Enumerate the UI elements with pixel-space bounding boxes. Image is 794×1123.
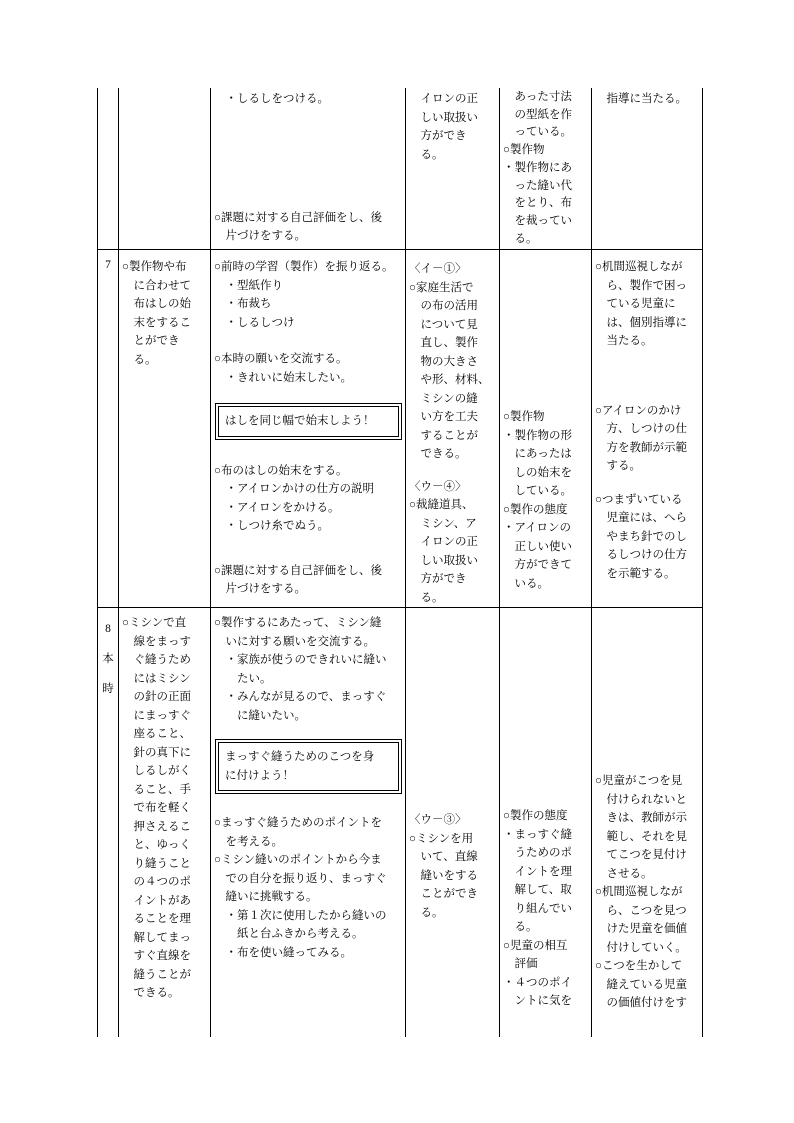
period-cell: 8 本 時 xyxy=(97,608,119,1037)
activity-block: ○課題に対する自己評価をし、後 片づけをする。 xyxy=(214,209,403,246)
activity-block: ○課題に対する自己評価をし、後 片づけをする。 xyxy=(214,562,403,599)
evaluation-method-block: ○製作の態度 ・まっすぐ縫 うためのポ イントを理 解して、取 り組んでい る。… xyxy=(503,807,589,1011)
evaluation-criteria-cell: 〈イ－①〉 ○家庭生活で の布の活用 について見 直し、製作 物の大きさ や形、… xyxy=(406,250,500,608)
period-cell xyxy=(97,88,119,250)
activity-block: ○本時の願いを交流する。 ・きれいに始末したい。 xyxy=(214,350,403,387)
activities-cell: ○前時の学習（製作）を振り返る。 ・型紙作り ・布裁ち ・しるしつけ ○本時の願… xyxy=(211,250,406,608)
support-block: ○机間巡視しなが ら、製作で困っ ている児童に は、個別指導に 当たる。 xyxy=(595,258,700,351)
lesson-target-text: まっすぐ縫うためのこつを身 に付けよう！ xyxy=(218,742,399,791)
evaluation-block: 〈ウ－③〉 ○ミシンを用 いて、直線 縫いをする ことができ る。 xyxy=(409,811,497,922)
teacher-support-cell: 指導に当たる。 xyxy=(592,88,703,250)
activities-cell: ○製作するにあたって、ミシン縫 いに対する願いを交流する。 ・家族が使うのできれ… xyxy=(211,608,406,1037)
support-block: ○児童がこつを見 付けられないと きは、教師が示 範し、それを見 てこつを見付け… xyxy=(595,772,700,1013)
evaluation-method-block: あった寸法 の型紙を作 っている。 ○製作物 ・製作物にあ った縫い代 をとり、… xyxy=(503,89,589,248)
lesson-target-text: はしを同じ幅で始末しよう！ xyxy=(218,406,399,437)
support-block: ○アイロンのかけ 方、しつけの仕 方を教師が示範 する。 xyxy=(595,402,700,476)
evaluation-block: 〈イ－①〉 ○家庭生活で の布の活用 について見 直し、製作 物の大きさ や形、… xyxy=(409,260,497,464)
evaluation-method-block: ○製作物 ・製作物の形 にあったは しの始末を している。 ○製作の態度 ・アイ… xyxy=(503,408,589,593)
activity-block: ・しるしをつける。 xyxy=(214,90,403,109)
activity-block: ○製作するにあたって、ミシン縫 いに対する願いを交流する。 ・家族が使うのできれ… xyxy=(214,614,403,725)
evaluation-block: イロンの正 しい取扱い 方ができ る。 xyxy=(409,90,497,164)
support-block: ○つまずいている 児童には、へら やまち針でのし るしつけの仕方 を示範する。 xyxy=(595,491,700,584)
lesson-plan-page: ・しるしをつける。 ○課題に対する自己評価をし、後 片づけをする。 イロンの正 … xyxy=(0,0,794,1123)
period-cell: 7 xyxy=(97,250,119,608)
lesson-target-box: まっすぐ縫うためのこつを身 に付けよう！ xyxy=(215,739,402,794)
goal-cell: ○ミシンで直 線をまっす ぐ縫うため にはミシン の針の正面 にまっすぐ 座るこ… xyxy=(119,608,211,1037)
evaluation-method-cell: ○製作物 ・製作物の形 にあったは しの始末を している。 ○製作の態度 ・アイ… xyxy=(500,250,592,608)
evaluation-criteria-cell: イロンの正 しい取扱い 方ができ る。 xyxy=(406,88,500,250)
lesson-plan-table: ・しるしをつける。 ○課題に対する自己評価をし、後 片づけをする。 イロンの正 … xyxy=(97,88,703,1037)
goal-cell xyxy=(119,88,211,250)
period-number: 8 本 時 xyxy=(98,614,118,704)
support-block: 指導に当たる。 xyxy=(595,90,700,109)
evaluation-method-cell: あった寸法 の型紙を作 っている。 ○製作物 ・製作物にあ った縫い代 をとり、… xyxy=(500,88,592,250)
activities-cell: ・しるしをつける。 ○課題に対する自己評価をし、後 片づけをする。 xyxy=(211,88,406,250)
evaluation-method-cell: ○製作の態度 ・まっすぐ縫 うためのポ イントを理 解して、取 り組んでい る。… xyxy=(500,608,592,1037)
activity-block: ○布のはしの始末をする。 ・アイロンかけの仕方の説明 ・アイロンをかける。 ・し… xyxy=(214,462,403,536)
evaluation-criteria-cell: 〈ウ－③〉 ○ミシンを用 いて、直線 縫いをする ことができ る。 xyxy=(406,608,500,1037)
goal-cell: ○製作物や布 に合わせて 布はしの始 末をするこ とができ る。 xyxy=(119,250,211,608)
goal-text: ○製作物や布 に合わせて 布はしの始 末をするこ とができ る。 xyxy=(122,258,208,369)
activity-block: ○前時の学習（製作）を振り返る。 ・型紙作り ・布裁ち ・しるしつけ xyxy=(214,258,403,332)
goal-text: ○ミシンで直 線をまっす ぐ縫うため にはミシン の針の正面 にまっすぐ 座るこ… xyxy=(122,614,208,1003)
teacher-support-cell: ○机間巡視しなが ら、製作で困っ ている児童に は、個別指導に 当たる。 ○アイ… xyxy=(592,250,703,608)
activity-block: ○まっすぐ縫うためのポイントを を考える。 ○ミシン縫いのポイントから今ま での… xyxy=(214,814,403,962)
evaluation-block: 〈ウ－④〉 ○裁縫道具、 ミシン、ア イロンの正 しい取扱い 方ができ る。 xyxy=(409,478,497,608)
teacher-support-cell: ○児童がこつを見 付けられないと きは、教師が示 範し、それを見 てこつを見付け… xyxy=(592,608,703,1037)
period-number: 7 xyxy=(98,256,118,275)
lesson-target-box: はしを同じ幅で始末しよう！ xyxy=(215,403,402,440)
